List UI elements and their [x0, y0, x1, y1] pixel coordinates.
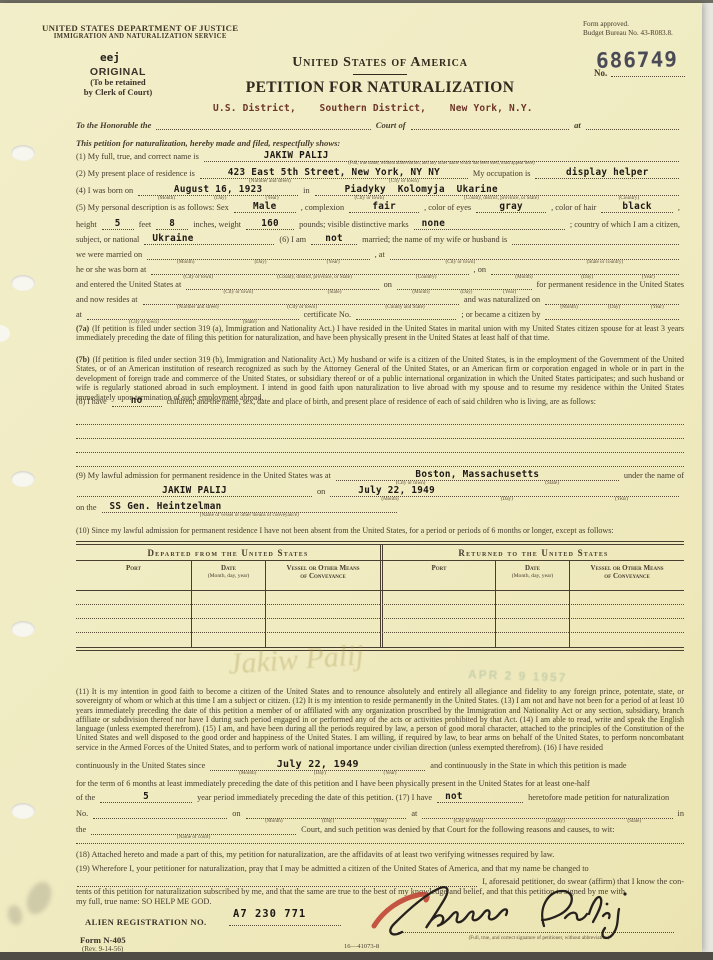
blank-field: [611, 67, 685, 77]
label: ; or became a citizen by: [461, 310, 540, 321]
label: heretofore made petition for naturalizat…: [528, 793, 669, 804]
blank-field: 5: [100, 793, 192, 803]
bleed-through-date-stamp: APR 2 9 1957: [468, 667, 568, 684]
table-row: [76, 619, 684, 633]
red-mark: [374, 894, 427, 926]
blank-field: none: [414, 220, 565, 230]
form-line-17c: the (Name of court) Court, and such peti…: [76, 825, 684, 836]
paragraph-7b: (7b)(If petition is filed under section …: [76, 355, 684, 402]
form-line-8: (8) I have no children; and the name, se…: [76, 397, 684, 408]
blank-field: (Month)(Day)(Year): [491, 265, 679, 275]
label: My occupation is: [473, 169, 531, 180]
label: children; and the name, sex, date and pl…: [167, 397, 596, 408]
label: at: [411, 809, 417, 820]
label: pounds; visible distinctive marks: [299, 220, 408, 231]
table-section-headers: Departed from the United States Returned…: [76, 545, 684, 561]
typed-entry: Male: [234, 202, 296, 212]
label: on: [232, 809, 240, 820]
blank-field: SS Gen. Heintzelman (Name of vessel or o…: [102, 503, 397, 513]
col-vessel: Vessel or Other Meansof Conveyance: [265, 561, 380, 590]
form-line-spouse-born: he or she was born at (City or town)(Cou…: [76, 265, 684, 276]
col-port: Port: [76, 561, 191, 590]
blank-line: [76, 466, 684, 467]
typed-entry: Boston, Massachusetts: [336, 470, 619, 480]
signature-i-dot: [606, 903, 609, 906]
form-line-5a: (5) My personal description is as follow…: [76, 203, 684, 214]
label: ; country of which I am a citizen,: [570, 220, 680, 231]
copy-designation: ORIGINAL (To be retained by Clerk of Cou…: [48, 66, 188, 98]
label: height: [76, 220, 97, 231]
label: in: [303, 186, 309, 197]
label: on the: [76, 503, 97, 514]
form-line-9b: JAKIW PALIJ on July 22, 1949 (Month)(Day…: [76, 487, 684, 498]
country-heading: United States of America: [225, 55, 535, 71]
signature-last-name-stroke: [542, 891, 619, 938]
agency-header: UNITED STATES DEPARTMENT OF JUSTICE IMMI…: [42, 23, 238, 40]
signature-j-dot: [623, 892, 626, 895]
label: in: [678, 809, 684, 820]
form-line-5b: height 5 feet 8 inches, weight 160 pound…: [76, 220, 684, 231]
typed-entry: black: [601, 202, 673, 212]
label: , complexion: [301, 203, 344, 214]
typed-entry: 5: [102, 219, 134, 229]
page-title: PETITION FOR NATURALIZATION: [225, 79, 535, 97]
alien-registration-label: ALIEN REGISTRATION NO.: [85, 917, 207, 927]
table-rule: [76, 647, 684, 651]
petition-document: UNITED STATES DEPARTMENT OF JUSTICE IMMI…: [0, 3, 702, 952]
label: and now resides at: [76, 295, 138, 306]
blank-line: [76, 452, 684, 453]
label: and continuously in the State in which t…: [430, 761, 626, 772]
signature-first-name-stroke: [390, 887, 507, 934]
blank-field: (City or town)(State): [186, 280, 378, 290]
blank-field: 8: [156, 220, 188, 230]
label: year period immediately preceding the da…: [197, 793, 432, 804]
form-line-2: (2) My present place of residence is 423…: [76, 169, 684, 180]
typed-entry: July 22, 1949: [330, 486, 679, 496]
typed-entry: Piadyky Kolomyja Ukarine: [315, 185, 679, 195]
blank-field: [512, 235, 679, 245]
label: under the name of: [624, 471, 684, 482]
typed-entry: JAKIW PALIJ: [77, 486, 312, 496]
typed-entry: JAKIW PALIJ: [204, 151, 679, 161]
form-line-18: (18) Attached hereto and made a part of …: [76, 850, 684, 861]
table-row: [76, 633, 684, 647]
budget-bureau-no: Budget Bureau No. 43-R083.8.: [583, 29, 673, 38]
item-number: (7a): [76, 324, 89, 333]
blank-field: JAKIW PALIJ: [77, 487, 312, 497]
label: feet: [139, 220, 151, 231]
form-line-16b: for the term of 6 months at least immedi…: [76, 779, 684, 790]
field-sublabel: (Month)(Day)(Year): [246, 818, 407, 824]
blank-line: [76, 843, 684, 844]
col-vessel: Vessel or Other Meansof Conveyance: [569, 561, 684, 590]
blank-field: not: [311, 235, 357, 245]
typed-entry: August 16, 1923: [138, 185, 298, 195]
table-column-headers: Port Date(Month, day, year) Vessel or Ot…: [76, 561, 684, 591]
blank-field: July 22, 1949 (Month)(Day)(Year): [330, 487, 679, 497]
form-line-17b: No. on (Month)(Day)(Year) at (City or to…: [76, 809, 684, 820]
clerk-initials: eej: [100, 51, 120, 64]
blank-field: black: [601, 203, 673, 213]
agency-name: UNITED STATES DEPARTMENT OF JUSTICE: [42, 23, 238, 33]
typed-entry: 5: [100, 792, 192, 802]
label: , color of hair: [551, 203, 596, 214]
absence-table: Departed from the United States Returned…: [76, 541, 684, 651]
blank-field: [586, 120, 679, 130]
blank-field: [356, 310, 456, 320]
label: Court, and such petition was denied by t…: [301, 825, 614, 836]
typed-entry: July 22, 1949: [210, 760, 425, 770]
blank-line: [76, 424, 684, 425]
blank-field: 423 East 5th Street, New York, NY NY (Nu…: [200, 169, 468, 179]
field-sublabel: (Name of vessel or other means of convey…: [102, 512, 397, 518]
label: This petition for naturalization, hereby…: [76, 138, 340, 149]
typed-entry: none: [414, 219, 565, 229]
typed-entry: gray: [476, 202, 546, 212]
paragraph-text: (If petition is filed under section 319 …: [76, 324, 684, 342]
blank-field: Boston, Massachusetts (City or town)(Sta…: [336, 471, 619, 481]
blank-line: [76, 438, 684, 439]
blank-field: July 22, 1949 (Month)(Day)(Year): [210, 761, 425, 771]
form-line-married-on: we were married on (Month)(Day)(Year) , …: [76, 250, 684, 261]
label: married; the name of my wife or husband …: [362, 235, 507, 246]
table-row: [76, 605, 684, 619]
table-row: [76, 591, 684, 605]
typed-entry: fair: [349, 202, 419, 212]
form-line-certificate: at (City or town)(State) certificate No.…: [76, 310, 684, 321]
label: Court of: [376, 120, 406, 131]
scan-bottom-edge: [0, 952, 713, 960]
blank-field: August 16, 1923 (Month)(Day)(Year): [138, 186, 298, 196]
label: (9) My lawful admission for permanent re…: [76, 471, 331, 482]
label: at: [574, 120, 581, 131]
blank-field: (City or town)(State): [87, 310, 299, 320]
label: (2) My present place of residence is: [76, 169, 195, 180]
blank-field: (Name of court): [91, 825, 296, 835]
court-name-typed: U.S. District, Southern District, New Yo…: [213, 103, 533, 114]
field-sublabel: (City or town)(County)(State): [422, 818, 672, 824]
blank-field: JAKIW PALIJ (Full, true name, without ab…: [204, 152, 679, 162]
departed-header: Departed from the United States: [76, 545, 380, 560]
label: , color of eyes: [424, 203, 471, 214]
typed-entry: not: [437, 792, 523, 802]
label: we were married on: [76, 250, 142, 261]
typed-entry: no: [112, 396, 162, 406]
blank-field: [156, 120, 370, 130]
label: the: [76, 825, 86, 836]
blank-field: (City or town)(County, district, provinc…: [151, 265, 468, 275]
label: for the term of 6 months at least immedi…: [76, 779, 590, 790]
label: To the Honorable the: [76, 120, 151, 131]
blank-field: 5: [102, 220, 134, 230]
label: , on: [474, 265, 486, 276]
budget-approval: Form approved. Budget Bureau No. 43-R083…: [583, 20, 673, 37]
form-line-1: (1) My full, true, and correct name is J…: [76, 152, 684, 163]
typed-entry: 8: [156, 219, 188, 229]
label: he or she was born at: [76, 265, 146, 276]
label: on: [317, 487, 325, 498]
label: (8) I have: [76, 397, 107, 408]
blank-field: [411, 120, 569, 130]
form-line-6: subject, or national Ukraine (6) I am no…: [76, 235, 684, 246]
retained-note-2: by Clerk of Court): [48, 88, 188, 98]
paragraph-text: (If petition is filed under section 319 …: [76, 355, 684, 402]
blank-field: Piadyky Kolomyja Ukarine (City or town)(…: [315, 186, 679, 196]
blank-field: no: [112, 397, 162, 407]
label: subject, or national: [76, 235, 139, 246]
form-line-spouse-resides: and now resides at (Number and street)(C…: [76, 295, 684, 306]
label: and entered the United States at: [76, 280, 181, 291]
punch-hole: [11, 471, 35, 487]
form-line-10: (10) Since my lawful admission for perma…: [76, 526, 684, 537]
blank-field: [93, 809, 227, 819]
paragraph-11-16: (11) It is my intention in good faith to…: [76, 687, 684, 752]
form-line-shows: This petition for naturalization, hereby…: [76, 138, 684, 149]
form-line-honorable: To the Honorable the Court of at: [76, 120, 684, 131]
label: No.: [76, 809, 88, 820]
item-number: (7b): [76, 355, 90, 364]
punch-hole: [0, 325, 10, 342]
label: ,: [678, 203, 680, 214]
label: , at: [375, 250, 385, 261]
blank-field: Male: [234, 203, 296, 213]
label: (1) My full, true, and correct name is: [76, 152, 199, 163]
blank-field: [545, 310, 679, 320]
typed-entry: not: [311, 234, 357, 244]
label: (19) Wherefore I, your petitioner for na…: [76, 864, 589, 875]
blank-field: (City or town)(County)(State): [422, 809, 672, 819]
blank-field: Ukraine: [144, 235, 274, 245]
no-label: No.: [594, 68, 607, 78]
label: (6) I am: [279, 235, 306, 246]
document-heading: United States of America PETITION FOR NA…: [225, 55, 535, 97]
label: certificate No.: [304, 310, 351, 321]
blank-field: fair: [349, 203, 419, 213]
field-sublabel: (Month)(Day)(Year): [210, 770, 425, 776]
heading-rule: [353, 74, 407, 75]
punch-hole: [11, 145, 35, 161]
blank-field: (Month)(Day)(Year): [545, 295, 679, 305]
label: of the: [76, 793, 95, 804]
blank-field: 160: [246, 220, 294, 230]
typed-entry: display helper: [535, 168, 679, 178]
form-line-4: (4) I was born on August 16, 1923 (Month…: [76, 186, 684, 197]
paragraph-7a: (7a)(If petition is filed under section …: [76, 324, 684, 343]
blank-field: not: [437, 793, 523, 803]
pencil-smudge: [6, 904, 25, 927]
form-approved-text: Form approved.: [583, 20, 673, 29]
col-date: Date(Month, day, year): [191, 561, 265, 590]
punch-hole: [11, 275, 35, 291]
typed-entry: Ukraine: [144, 234, 274, 244]
label: (10) Since my lawful admission for perma…: [76, 526, 614, 537]
form-line-spouse-entered: and entered the United States at (City o…: [76, 280, 684, 291]
blank-field: (Number and street)(City or town)(County…: [143, 295, 459, 305]
print-code: 16—41073-8: [344, 943, 379, 950]
paragraph-text: (11) It is my intention in good faith to…: [76, 687, 684, 752]
label: and was naturalized on: [464, 295, 540, 306]
agency-service: IMMIGRATION AND NATURALIZATION SERVICE: [42, 33, 238, 40]
typed-entry: 160: [246, 219, 294, 229]
returned-header: Returned to the United States: [380, 545, 684, 560]
label: for permanent residence in the United St…: [537, 280, 684, 291]
alien-registration-number: A7 230 771: [233, 908, 306, 920]
label: (5) My personal description is as follow…: [76, 203, 229, 214]
typed-entry: SS Gen. Heintzelman: [102, 502, 397, 512]
typed-entry: 423 East 5th Street, New York, NY NY: [200, 168, 468, 178]
punch-hole: [11, 621, 35, 637]
form-number: Form N-405: [80, 935, 126, 945]
form-line-9a: (9) My lawful admission for permanent re…: [76, 471, 684, 482]
blank-field: (Month)(Day)(Year): [397, 280, 532, 290]
petition-number-line: No.: [594, 67, 690, 78]
pencil-smudge: [22, 878, 56, 918]
label: on: [384, 280, 392, 291]
blank-field: display helper: [535, 169, 679, 179]
label: (4) I was born on: [76, 186, 133, 197]
blank-field: (Month)(Day)(Year): [147, 250, 370, 260]
label: at: [76, 310, 82, 321]
col-port: Port: [380, 561, 495, 590]
label: inches, weight: [193, 220, 241, 231]
form-line-9c: on the SS Gen. Heintzelman (Name of vess…: [76, 503, 402, 514]
label: my full, true name: SO HELP ME GOD.: [76, 897, 211, 908]
col-date: Date(Month, day, year): [495, 561, 569, 590]
petitioner-signature: [366, 880, 686, 940]
form-line-19: (19) Wherefore I, your petitioner for na…: [76, 864, 684, 875]
form-line-16a: continuously in the United States since …: [76, 761, 684, 772]
label: (18) Attached hereto and made a part of …: [76, 850, 554, 861]
blank-field: (Month)(Day)(Year): [246, 809, 407, 819]
field-sublabel: (Name of court): [91, 834, 296, 840]
form-line-17a: of the 5 year period immediately precedi…: [76, 793, 684, 804]
blank-field: gray: [476, 203, 546, 213]
blank-field: [229, 925, 341, 926]
blank-field: (City or town)(State or country): [390, 250, 679, 260]
label: continuously in the United States since: [76, 761, 205, 772]
punch-hole: [11, 803, 35, 819]
